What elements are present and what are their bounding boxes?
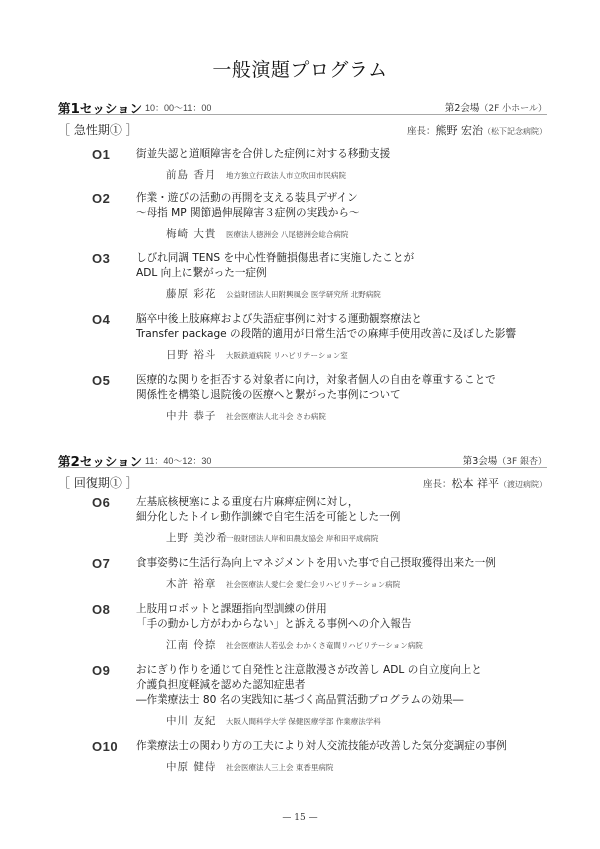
session-venue: 第3会場（3F 銀杏） (463, 453, 547, 467)
presenter-name: 中川 友紀 (166, 713, 216, 728)
session-venue: 第2会場（2F 小ホール） (445, 100, 547, 114)
session-2: 第2セッション 11：40～12：30 第3会場（3F 銀杏） ［ 回復期① ］… (58, 452, 547, 492)
presentation-title: 街並失認と道順障害を合併した症例に対する移動支援 (136, 147, 556, 162)
category-row: ［ 回復期① ］ 座長：松本 祥平（渡辺病院） (58, 472, 547, 492)
session-chair: 座長：松本 祥平（渡辺病院） (423, 475, 547, 491)
presentation-title: しびれ同調 TENS を中心性脊髄損傷患者に実施したことが ADL 向上に繋がっ… (136, 251, 556, 281)
session-time: 10：00～11：00 (145, 101, 211, 114)
presentation-title: 上肢用ロボットと課題指向型訓練の併用 「手の動かし方がわからない」と訴える事例へ… (136, 602, 556, 632)
venue-name: 第3会場 (463, 456, 498, 467)
session-number: 1 (71, 101, 80, 117)
title-line: ―作業療法士 80 名の実践知に基づく高品質活動プログラムの効果― (136, 693, 556, 708)
presentation-number: O1 (92, 147, 110, 162)
venue-room: （2F 小ホール） (479, 104, 547, 114)
presentation-title: 作業療法士の関わり方の工夫により対人交流技能が改善した気分変調症の事例 (136, 739, 556, 754)
title-line: ～母指 MP 関節過伸展障害３症例の実践から～ (136, 206, 556, 221)
presentation-title: 左基底核梗塞による重度右片麻痺症例に対し， 細分化したトイレ動作訓練で自宅生活を… (136, 495, 556, 525)
title-line: 医療的な関りを拒否する対象者に向け，対象者個人の自由を尊重することで (136, 373, 556, 388)
chair-label: 座長： (423, 479, 452, 490)
presentation-number: O2 (92, 191, 110, 206)
presentation-title: おにぎり作りを通じて自発性と注意散漫さが改善し ADL の自立度向上と 介護負担… (136, 663, 556, 708)
title-line: 介護負担度軽減を認めた認知症患者 (136, 678, 556, 693)
category-row: ［ 急性期① ］ 座長：熊野 宏治（松下記念病院） (58, 119, 547, 139)
presentation-number: O10 (92, 739, 118, 754)
chair-affiliation: （渡辺病院） (499, 480, 547, 489)
presenter-affiliation: 社会医療法人三上会 東香里病院 (226, 762, 333, 773)
session-name-prefix: 第 (58, 101, 71, 116)
session-header: 第2セッション 11：40～12：30 第3会場（3F 銀杏） (58, 452, 547, 468)
session-name-prefix: 第 (58, 454, 71, 469)
venue-name: 第2会場 (445, 103, 480, 114)
presenter-affiliation: 地方独立行政法人市立吹田市民病院 (226, 170, 346, 181)
page-number: — 15 — (0, 813, 600, 823)
presentation-title: 医療的な関りを拒否する対象者に向け，対象者個人の自由を尊重することで 関係性を構… (136, 373, 556, 403)
presentation-number: O7 (92, 556, 110, 571)
chair-affiliation: （松下記念病院） (483, 127, 547, 136)
chair-label: 座長： (407, 126, 436, 137)
presenter-affiliation: 社会医療法人愛仁会 愛仁会リハビリテーション病院 (226, 579, 400, 590)
presentation-number: O3 (92, 251, 110, 266)
presenter-name: 木許 裕章 (166, 576, 216, 591)
presenter-name: 前島 香月 (166, 167, 216, 182)
presenter-name: 藤原 彩花 (166, 286, 216, 301)
session-name: 第1セッション (58, 99, 142, 117)
presenter-affiliation: 社会医療法人北斗会 さわ病院 (226, 411, 326, 422)
title-line: 街並失認と道順障害を合併した症例に対する移動支援 (136, 147, 556, 162)
presenter-affiliation: 大阪鉄道病院 リハビリテーション室 (226, 350, 348, 361)
title-line: Transfer package の段階的適用が日常生活での麻痺手使用改善に及ぼ… (136, 327, 556, 342)
presenter-affiliation: 社会医療法人若弘会 わかくさ竜間リハビリテーション病院 (226, 640, 423, 651)
page-title: 一般演題プログラム (0, 55, 600, 82)
title-line: しびれ同調 TENS を中心性脊髄損傷患者に実施したことが (136, 251, 556, 266)
title-line: 上肢用ロボットと課題指向型訓練の併用 (136, 602, 556, 617)
title-line: 「手の動かし方がわからない」と訴える事例への介入報告 (136, 617, 556, 632)
presenter-name: 江南 伶捺 (166, 637, 216, 652)
presenter-name: 中井 恭子 (166, 408, 216, 423)
presenter-name: 梅崎 大貴 (166, 226, 216, 241)
presenter-affiliation: 大阪人間科学大学 保健医療学部 作業療法学科 (226, 716, 381, 727)
title-line: 食事姿勢に生活行為向上マネジメントを用いた事で自己摂取獲得出来た一例 (136, 556, 556, 571)
presentation-number: O8 (92, 602, 110, 617)
presenter-affiliation: 医療法人徳洲会 八尾徳洲会総合病院 (226, 229, 348, 240)
session-name-suffix: セッション (80, 454, 142, 469)
presenter-affiliation: 一般財団法人岸和田農友協会 岸和田平成病院 (226, 533, 378, 544)
presentation-number: O9 (92, 663, 110, 678)
title-line: ADL 向上に繋がった一症例 (136, 266, 556, 281)
chair-name: 熊野 宏治 (436, 124, 484, 137)
title-line: 作業・遊びの活動の再開を支える装具デザイン (136, 191, 556, 206)
presentation-number: O6 (92, 495, 110, 510)
session-name: 第2セッション (58, 452, 142, 470)
venue-room: （3F 銀杏） (497, 457, 547, 467)
title-line: 細分化したトイレ動作訓練で自宅生活を可能とした一例 (136, 510, 556, 525)
presenter-name: 中原 健侍 (166, 759, 216, 774)
title-line: 作業療法士の関わり方の工夫により対人交流技能が改善した気分変調症の事例 (136, 739, 556, 754)
chair-name: 松本 祥平 (452, 477, 500, 490)
session-time: 11：40～12：30 (145, 454, 211, 467)
title-line: おにぎり作りを通じて自発性と注意散漫さが改善し ADL の自立度向上と (136, 663, 556, 678)
presentation-number: O5 (92, 373, 110, 388)
presenter-name: 上野 美沙希 (166, 530, 228, 545)
session-chair: 座長：熊野 宏治（松下記念病院） (407, 122, 547, 138)
presenter-name: 日野 裕斗 (166, 347, 216, 362)
session-category: ［ 急性期① ］ (58, 121, 138, 138)
title-line: 関係性を構築し退院後の医療へと繋がった事例について (136, 388, 556, 403)
presentation-number: O4 (92, 312, 110, 327)
title-line: 左基底核梗塞による重度右片麻痺症例に対し， (136, 495, 556, 510)
presentation-title: 食事姿勢に生活行為向上マネジメントを用いた事で自己摂取獲得出来た一例 (136, 556, 556, 571)
session-name-suffix: セッション (80, 101, 142, 116)
title-line: 脳卒中後上肢麻痺および失語症事例に対する運動観察療法と (136, 312, 556, 327)
session-number: 2 (71, 454, 80, 470)
session-1: 第1セッション 10：00～11：00 第2会場（2F 小ホール） ［ 急性期①… (58, 99, 547, 139)
session-header: 第1セッション 10：00～11：00 第2会場（2F 小ホール） (58, 99, 547, 115)
session-category: ［ 回復期① ］ (58, 474, 138, 491)
presentation-title: 作業・遊びの活動の再開を支える装具デザイン ～母指 MP 関節過伸展障害３症例の… (136, 191, 556, 221)
presenter-affiliation: 公益財団法人田附興風会 医学研究所 北野病院 (226, 289, 381, 300)
presentation-title: 脳卒中後上肢麻痺および失語症事例に対する運動観察療法と Transfer pac… (136, 312, 556, 342)
